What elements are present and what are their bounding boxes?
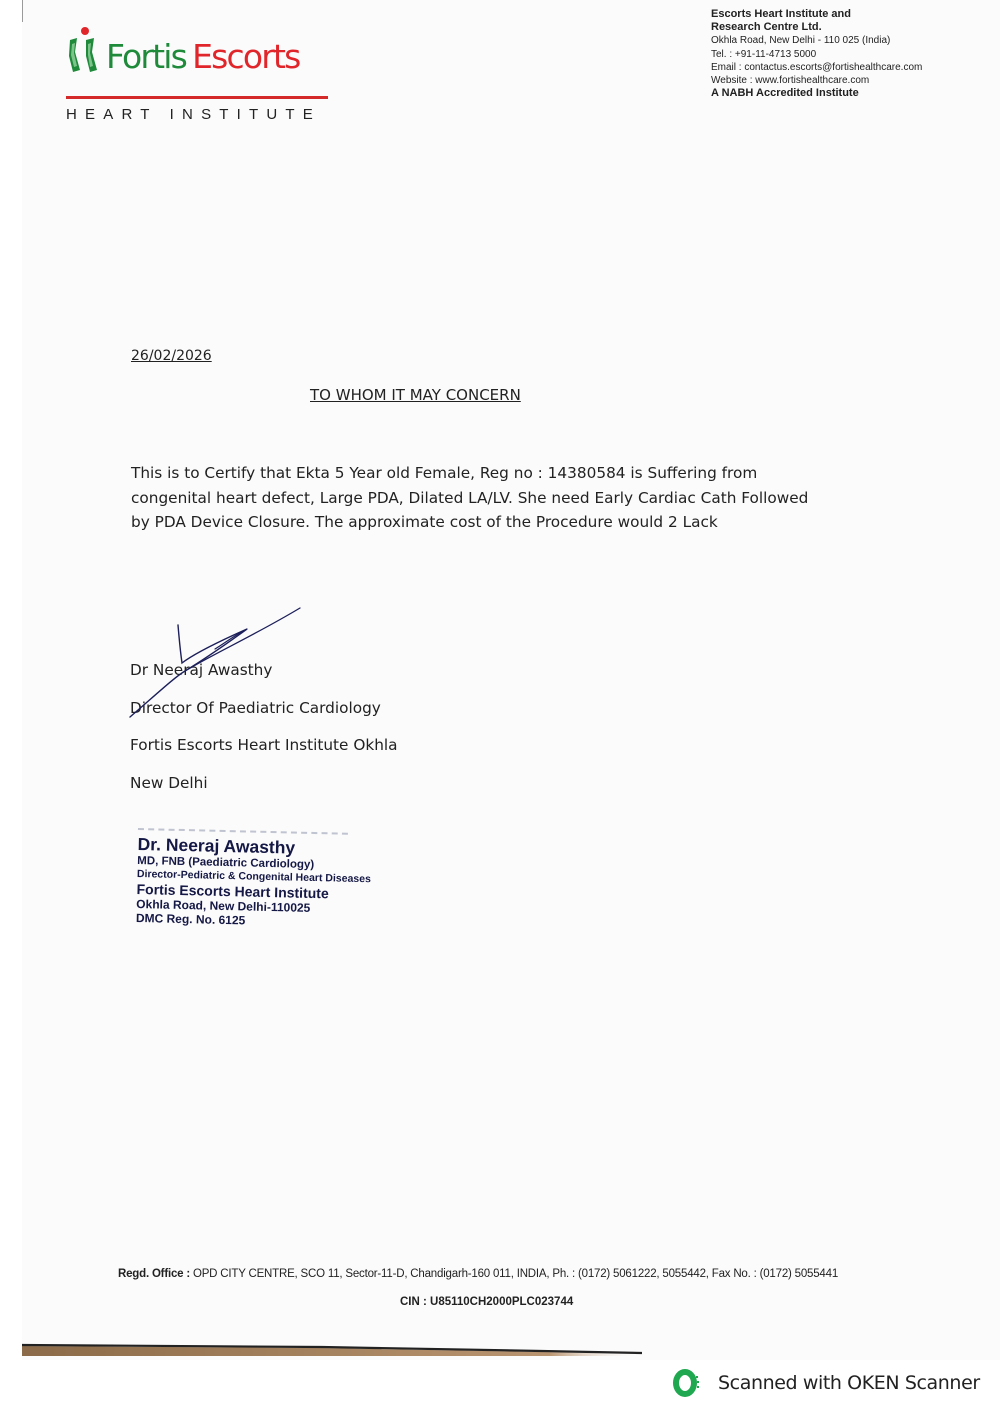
- body-line: This is to Certify that Ekta 5 Year old …: [131, 461, 871, 486]
- scanner-watermark: Scanned with OKEN Scanner: [672, 1364, 988, 1402]
- logo-wordmark: FortisEscorts: [106, 38, 300, 76]
- logo-subtitle: HEART INSTITUTE: [66, 106, 321, 123]
- letter-date: 26/02/2026: [131, 348, 212, 364]
- org-email: Email : contactus.escorts@fortishealthca…: [711, 61, 922, 74]
- cin-number: CIN : U85110CH2000PLC023744: [400, 1296, 573, 1308]
- org-tel: Tel. : +91-11-4713 5000: [711, 48, 922, 61]
- org-street: Okhla Road, New Delhi - 110 025 (India): [711, 34, 922, 47]
- torn-paper-edge: [22, 1338, 642, 1360]
- signatory-city: New Delhi: [130, 774, 398, 812]
- logo-word-escorts: Escorts: [192, 37, 299, 76]
- fortis-figure-icon: [66, 26, 102, 74]
- page-edge: [22, 0, 23, 22]
- logo-word-fortis: Fortis: [106, 37, 186, 76]
- regd-office-text: OPD CITY CENTRE, SCO 11, Sector-11-D, Ch…: [190, 1268, 838, 1280]
- body-line: by PDA Device Closure. The approximate c…: [131, 510, 871, 535]
- org-name-line1: Escorts Heart Institute and: [711, 8, 922, 21]
- oken-scanner-logo-icon: [672, 1368, 702, 1398]
- scanner-label: Scanned with OKEN Scanner: [718, 1372, 980, 1394]
- regd-office-label: Regd. Office :: [118, 1268, 190, 1280]
- letter-title: TO WHOM IT MAY CONCERN: [310, 386, 521, 404]
- org-accreditation: A NABH Accredited Institute: [711, 87, 922, 100]
- logo-rule: [66, 96, 328, 99]
- letterhead-address: Escorts Heart Institute and Research Cen…: [711, 8, 922, 100]
- org-website: Website : www.fortishealthcare.com: [711, 74, 922, 87]
- registered-office: Regd. Office : OPD CITY CENTRE, SCO 11, …: [118, 1268, 838, 1280]
- fortis-escorts-logo: FortisEscorts HEART INSTITUTE: [66, 26, 336, 101]
- doctor-stamp: Dr. Neeraj Awasthy MD, FNB (Paediatric C…: [136, 828, 398, 931]
- org-name-line2: Research Centre Ltd.: [711, 21, 922, 34]
- letter-body: This is to Certify that Ekta 5 Year old …: [131, 461, 871, 535]
- handwritten-signature: [125, 605, 310, 720]
- signatory-institution: Fortis Escorts Heart Institute Okhla: [130, 736, 398, 774]
- body-line: congenital heart defect, Large PDA, Dila…: [131, 486, 871, 511]
